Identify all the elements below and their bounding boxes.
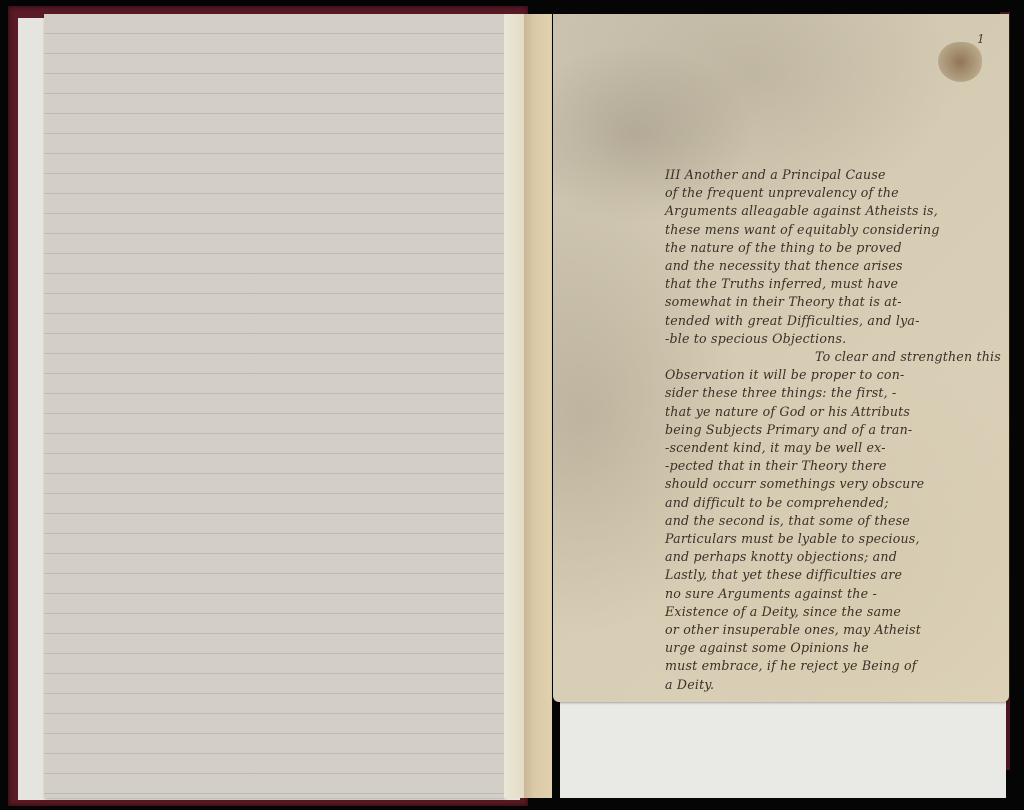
text-line: sider these three things: the first, - — [665, 384, 1005, 402]
text-line: that the Truths inferred, must have — [665, 275, 1005, 293]
text-line: a Deity. — [665, 676, 1005, 694]
text-line: -pected that in their Theory there — [665, 457, 1005, 475]
text-line: To clear and strengthen this — [665, 348, 1005, 366]
manuscript-text: III Another and a Principal Cause of the… — [665, 166, 1005, 694]
book-gutter — [524, 14, 552, 798]
text-line: must embrace, if he reject ye Being of — [665, 657, 1005, 675]
text-line: tended with great Difficulties, and lya- — [665, 312, 1005, 330]
text-line: no sure Arguments against the - — [665, 585, 1005, 603]
text-line: -ble to specious Objections. — [665, 330, 1005, 348]
text-line: Lastly, that yet these difficulties are — [665, 566, 1005, 584]
text-line: and the second is, that some of these — [665, 512, 1005, 530]
text-line: of the frequent unprevalency of the — [665, 184, 1005, 202]
text-line: Existence of a Deity, since the same — [665, 603, 1005, 621]
text-line: or other insuperable ones, may Atheist — [665, 621, 1005, 639]
text-line: -scendent kind, it may be well ex- — [665, 439, 1005, 457]
text-line: that ye nature of God or his Attributs — [665, 403, 1005, 421]
text-line: being Subjects Primary and of a tran- — [665, 421, 1005, 439]
water-stain — [938, 42, 982, 82]
left-ruled-flyleaf — [44, 14, 504, 798]
flyleaf-edge — [504, 14, 524, 798]
text-line: the nature of the thing to be proved — [665, 239, 1005, 257]
text-line: Arguments alleagable against Atheists is… — [665, 202, 1005, 220]
folio-number: 1 — [977, 32, 985, 46]
text-line: somewhat in their Theory that is at- — [665, 293, 1005, 311]
text-line: should occurr somethings very obscure — [665, 475, 1005, 493]
text-line: Particulars must be lyable to specious, — [665, 530, 1005, 548]
manuscript-page: 1 III Another and a Principal Cause of t… — [553, 14, 1009, 702]
text-line: III Another and a Principal Cause — [665, 166, 1005, 184]
text-line: urge against some Opinions he — [665, 639, 1005, 657]
text-line: these mens want of equitably considering — [665, 221, 1005, 239]
text-line: and difficult to be comprehended; — [665, 494, 1005, 512]
text-line: Observation it will be proper to con- — [665, 366, 1005, 384]
text-line: and perhaps knotty objections; and — [665, 548, 1005, 566]
text-line: and the necessity that thence arises — [665, 257, 1005, 275]
